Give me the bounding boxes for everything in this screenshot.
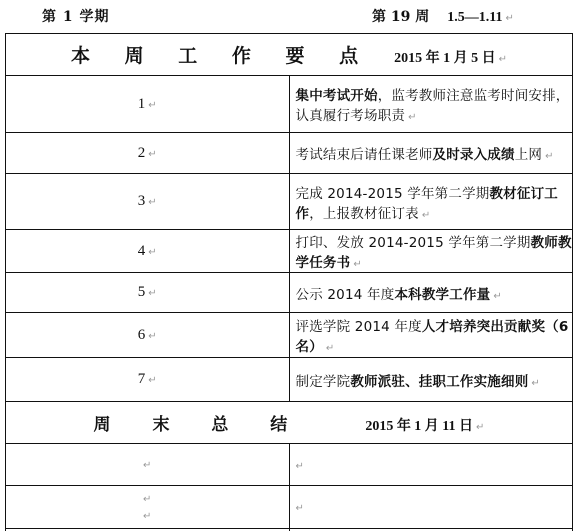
summary-text[interactable]: ↵ — [289, 486, 573, 529]
summary-date: 2015 年 1 月 11 日 — [365, 419, 473, 434]
item-text[interactable]: 集中考试开始，监考教师注意监考时间安排，认真履行考场职责↵ — [289, 76, 573, 133]
summary-header-row: 周 末 总 结2015 年 1 月 11 日↵ — [6, 402, 573, 444]
paragraph-mark-icon: ↵ — [296, 503, 305, 514]
summary-row: ↵↵ ↵ — [6, 486, 573, 529]
weekly-work-table: 本 周 工 作 要 点2015 年 1 月 5 日↵ 1↵ 集中考试开始，监考教… — [5, 33, 573, 531]
plan-title: 本 周 工 作 要 点 — [71, 45, 372, 67]
semester-label: 第 1 学期 — [42, 6, 110, 26]
paragraph-mark-icon: ↵ — [505, 13, 513, 24]
table-row: 3↵ 完成 2014-2015 学年第二学期教材征订工作，上报教材征订表↵ — [6, 174, 573, 230]
item-number: 1↵ — [6, 76, 290, 133]
summary-number: ↵↵ — [6, 486, 290, 529]
table-row: 2↵ 考试结束后请任课老师及时录入成绩上网↵ — [6, 133, 573, 174]
paragraph-mark-icon: ↵ — [148, 288, 156, 299]
plan-header-row: 本 周 工 作 要 点2015 年 1 月 5 日↵ — [6, 34, 573, 76]
summary-header-cell: 周 末 总 结2015 年 1 月 11 日↵ — [6, 402, 573, 444]
paragraph-mark-icon: ↵ — [143, 511, 151, 522]
item-text[interactable]: 公示 2014 年度本科教学工作量↵ — [289, 273, 573, 313]
item-text[interactable]: 评选学院 2014 年度人才培养突出贡献奖（6 名）↵ — [289, 313, 573, 358]
item-number: 3↵ — [6, 174, 290, 230]
week-label: 第 19 周1.5—1.11↵ — [372, 6, 514, 26]
plan-date: 2015 年 1 月 5 日 — [394, 51, 496, 66]
paragraph-mark-icon: ↵ — [148, 331, 156, 342]
item-text[interactable]: 完成 2014-2015 学年第二学期教材征订工作，上报教材征订表↵ — [289, 174, 573, 230]
summary-title: 周 末 总 结 — [94, 415, 306, 435]
paragraph-mark-icon: ↵ — [296, 461, 305, 472]
table-row: 1↵ 集中考试开始，监考教师注意监考时间安排，认真履行考场职责↵ — [6, 76, 573, 133]
paragraph-mark-icon: ↵ — [476, 422, 484, 433]
paragraph-mark-icon: ↵ — [422, 210, 431, 221]
paragraph-mark-icon: ↵ — [326, 343, 335, 354]
item-text[interactable]: 制定学院教师派驻、挂职工作实施细则↵ — [289, 358, 573, 402]
table-row: 6↵ 评选学院 2014 年度人才培养突出贡献奖（6 名）↵ — [6, 313, 573, 358]
paragraph-mark-icon: ↵ — [531, 378, 540, 389]
table-row: 7↵ 制定学院教师派驻、挂职工作实施细则↵ — [6, 358, 573, 402]
summary-number: ↵ — [6, 444, 290, 486]
paragraph-mark-icon: ↵ — [148, 100, 156, 111]
paragraph-mark-icon: ↵ — [499, 54, 507, 65]
week-number: 第 19 周 — [372, 9, 429, 25]
paragraph-mark-icon: ↵ — [148, 149, 156, 160]
summary-row: ↵ ↵ — [6, 444, 573, 486]
date-range: 1.5—1.11 — [447, 10, 502, 25]
item-number: 4↵ — [6, 230, 290, 273]
item-number: 2↵ — [6, 133, 290, 174]
table-row: 5↵ 公示 2014 年度本科教学工作量↵ — [6, 273, 573, 313]
plan-header-cell: 本 周 工 作 要 点2015 年 1 月 5 日↵ — [6, 34, 573, 76]
item-number: 6↵ — [6, 313, 290, 358]
paragraph-mark-icon: ↵ — [408, 112, 417, 123]
item-number: 5↵ — [6, 273, 290, 313]
paragraph-mark-icon: ↵ — [545, 151, 554, 162]
paragraph-mark-icon: ↵ — [493, 291, 502, 302]
summary-text[interactable]: ↵ — [289, 444, 573, 486]
paragraph-mark-icon: ↵ — [148, 197, 156, 208]
item-text[interactable]: 考试结束后请任课老师及时录入成绩上网↵ — [289, 133, 573, 174]
paragraph-mark-icon: ↵ — [353, 259, 362, 270]
paragraph-mark-icon: ↵ — [148, 375, 156, 386]
table-row: 4↵ 打印、发放 2014-2015 学年第二学期教师教学任务书↵ — [6, 230, 573, 273]
paragraph-mark-icon: ↵ — [148, 247, 156, 258]
paragraph-mark-icon: ↵ — [143, 460, 151, 471]
paragraph-mark-icon: ↵ — [143, 494, 151, 505]
item-text[interactable]: 打印、发放 2014-2015 学年第二学期教师教学任务书↵ — [289, 230, 573, 273]
document-header: 第 1 学期 第 19 周1.5—1.11↵ — [0, 4, 577, 26]
item-number: 7↵ — [6, 358, 290, 402]
